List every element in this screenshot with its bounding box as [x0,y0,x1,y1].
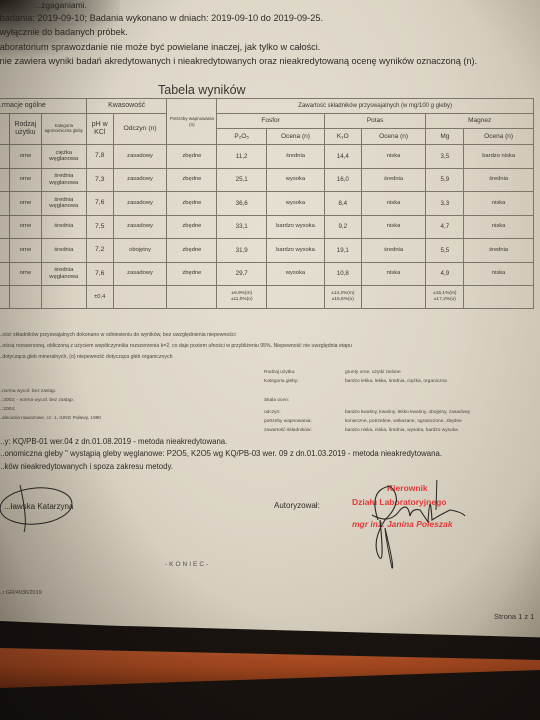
uncertainty-mg: ±15,1%(m)±17,2%(o) [426,286,464,309]
cell-ph: 7,3 [86,168,113,192]
row-blank [0,262,9,286]
cell-reaction: zasadowy [113,262,167,286]
cell-p-rating: średnia [267,145,325,169]
cell-p-rating: wysoka [267,192,325,216]
cell-soil-category: ciężka węglanowa [41,145,86,169]
note-1: ...ości składników przyswajalnych dokona… [0,332,236,338]
stamp-line-2: Działu Laboratoryjnego [352,497,446,507]
cell-soil-category: średnia [41,239,86,263]
header-k2o: K₂O [324,129,361,145]
cell-land-use: orne [9,192,41,216]
uncertainty-p2o5: ±9,9%(m)±11,0%(o) [217,286,267,309]
cell-k2o: 9,2 [324,215,361,239]
cell-reaction: zasadowy [113,215,167,239]
cell-reaction: obojętny [113,239,167,263]
cell-liming: zbędne [167,239,217,263]
legend-liming-value: konieczne, potrzebne, wskazane, ogranicz… [345,419,462,424]
intro-line-2: ...badania: 2019-09-10; Badania wykonano… [0,13,323,23]
cell-land-use: orne [9,168,41,192]
cell-mg-rating: średnia [464,239,534,263]
cell-liming: zbędne [167,215,217,239]
header-liming: Potrzeby wapnowania (n) [167,99,217,145]
cell-p-rating: bardzo wysoka [267,215,325,239]
cell-soil-category: średnia węglanowa [41,168,86,192]
intro-line-4: ...aboratorium sprawozdanie nie może być… [0,42,320,52]
end-marker: -KONIEC- [165,561,210,568]
legend-land-use-value: grunty orne, użytki zielone [345,370,401,375]
prepared-by: ...ławska Katarzyna [4,502,73,511]
cell-k2o: 8,4 [324,192,361,216]
cell-land-use: orne [9,239,41,263]
norm-3: ...:2004; [0,407,15,412]
uncertainty-k2o: ±14,2%(m)±15,8%(o) [324,286,361,309]
intro-line-3: ...wyłącznie do badanych próbek. [0,27,128,37]
table-title: Tabela wyników [158,83,246,97]
cell-ph: 7,6 [86,192,113,216]
cell-p-rating: wysoka [267,262,325,286]
header-soil-category: Kategoria agronomiczna gleby [41,114,86,145]
cell-soil-category: średnia węglanowa [41,192,86,216]
note-2: ...ością rozszerzoną, obliczoną z użycie… [0,343,352,349]
cell-mg-rating: niska [464,192,534,216]
stamp-line-3: mgr inż. Janina Poleszak [352,519,453,529]
cell-soil-category: średnia węglanowa [41,262,86,286]
cell-p-rating: bardzo wysoka [267,239,325,263]
table-row: orneśrednia węglanowa7,6zasadowyzbędne36… [0,192,534,216]
cell-p2o5: 36,6 [217,192,267,216]
cell-k-rating: niska [361,215,426,239]
cell-p2o5: 29,7 [217,262,267,286]
table-row: orneciężka węglanowa7,8zasadowyzbędne11,… [0,145,534,169]
cell-mg: 4,7 [426,215,464,239]
header-ph: pH w KCl [86,114,113,145]
method-1: ...y: KQ/PB-01 wer.04 z dn.01.08.2019 - … [0,437,227,446]
cell-mg-rating: średnia [464,168,534,192]
group-header-phosphorus: Fosfor [217,114,325,129]
legend-nutrients-value: bardzo niska, niska, średnia, wysoka, ba… [345,428,458,433]
cell-mg: 5,9 [426,168,464,192]
group-header-general: ...rmacje ogólne [0,99,86,114]
header-land-use: Rodzaj użytku [9,114,41,145]
group-header-potassium: Potas [324,114,426,129]
table-row: orneśrednia7,2obojętnyzbędne31,9bardzo w… [0,239,534,263]
stamp-line-1: Kierownik [387,483,428,493]
cell-ph: 7,5 [86,215,113,239]
legend-scale-title: Skala ocen: [264,398,289,403]
cell-mg: 3,3 [426,192,464,216]
cell-mg-rating: niska [464,215,534,239]
cell-mg-rating: niska [464,262,534,286]
cell-ph: 7,2 [86,239,113,263]
cell-k2o: 19,1 [324,239,361,263]
cell-p-rating: wysoka [267,168,325,192]
cell-k-rating: średnia [361,239,426,263]
intro-line-1: ...zgaganiami. [34,0,87,10]
row-blank [0,168,9,192]
legend-liming-label: potrzeby wapnowania: [264,419,312,424]
cell-land-use: orne [9,215,41,239]
uncertainty-ph: ±0,4 [86,286,113,309]
cell-mg: 5,5 [426,239,464,263]
cell-k2o: 14,4 [324,145,361,169]
cell-ph: 7,6 [86,262,113,286]
cell-p2o5: 33,1 [217,215,267,239]
header-blank [0,114,9,145]
legend-reaction-value: bardzo kwaśny, kwaśny, lekko kwaśny, obo… [345,410,470,415]
row-blank [0,215,9,239]
results-table: ...rmacje ogólne Kwasowość Potrzeby wapn… [0,98,534,309]
table-row: orneśrednia7,5zasadowyzbędne33,1bardzo w… [0,215,534,239]
cell-mg-rating: bardzo niska [464,145,534,169]
legend-soil-category-label: Kategoria gleby: [264,379,299,384]
method-3: ...ków nieakredytowanych i spoza zakresu… [0,462,173,471]
group-header-acidity: Kwasowość [86,99,167,114]
header-p2o5: P₂O₅ [217,129,267,145]
legend-nutrients-label: zawartość składników: [264,428,312,433]
desk-surface [0,648,540,688]
cell-liming: zbędne [167,192,217,216]
cell-p2o5: 31,9 [217,239,267,263]
norm-1: ...norma wycof. bez zastąp. [0,389,56,394]
report-number: ...r GR/4936/2019 [0,590,42,596]
row-blank [0,145,9,169]
header-k-rating: Ocena (n) [361,129,426,145]
legend-land-use-label: Rodzaj użytku: [264,370,295,375]
intro-line-5: ...nie zawiera wyniki badań akredytowany… [0,56,477,66]
cell-k2o: 16,0 [324,168,361,192]
norm-2: ...:2002; - norma wycof. bez zastąp. [0,398,74,403]
header-mg: Mg [426,129,464,145]
norm-4: ...alecania nawozowe, cz. 1, IUNG Puławy… [0,416,101,421]
cell-k2o: 10,8 [324,262,361,286]
page-number: Strona 1 z 1 [494,612,534,621]
group-header-magnesium: Magnez [426,114,534,129]
group-header-nutrients: Zawartość składników przyswajalnych (w m… [217,99,534,114]
cell-liming: zbędne [167,145,217,169]
header-reaction: Odczyn (n) [113,114,167,145]
legend-reaction-label: odczyn: [264,410,281,415]
cell-reaction: zasadowy [113,168,167,192]
header-p-rating: Ocena (n) [267,129,325,145]
row-blank [0,192,9,216]
cell-mg: 4,9 [426,262,464,286]
cell-k-rating: niska [361,145,426,169]
cell-p2o5: 11,2 [217,145,267,169]
table-row: orneśrednia węglanowa7,3zasadowyzbędne25… [0,168,534,192]
authorized-label: Autoryzował: [274,501,320,510]
cell-land-use: orne [9,145,41,169]
method-2: ...onomiczna gleby " wystąpią gleby węgl… [0,449,442,458]
cell-ph: 7,8 [86,145,113,169]
cell-land-use: orne [9,262,41,286]
cell-soil-category: średnia [41,215,86,239]
cell-liming: zbędne [167,262,217,286]
table-row: orneśrednia węglanowa7,6zasadowyzbędne29… [0,262,534,286]
cell-mg: 3,5 [426,145,464,169]
cell-liming: zbędne [167,168,217,192]
header-mg-rating: Ocena (n) [464,129,534,145]
cell-reaction: zasadowy [113,145,167,169]
legend-soil-category-value: bardzo lekka, lekka, średnia, ciężka, or… [345,379,447,384]
cell-k-rating: średnia [361,168,426,192]
row-blank [0,239,9,263]
cell-reaction: zasadowy [113,192,167,216]
cell-k-rating: niska [361,192,426,216]
cell-k-rating: niska [361,262,426,286]
uncertainty-row: ±0,4 ±9,9%(m)±11,0%(o) ±14,2%(m)±15,8%(o… [0,286,534,309]
cell-p2o5: 25,1 [217,168,267,192]
note-3: ...dotycząca gleb mineralnych, (o) niepe… [0,354,172,360]
